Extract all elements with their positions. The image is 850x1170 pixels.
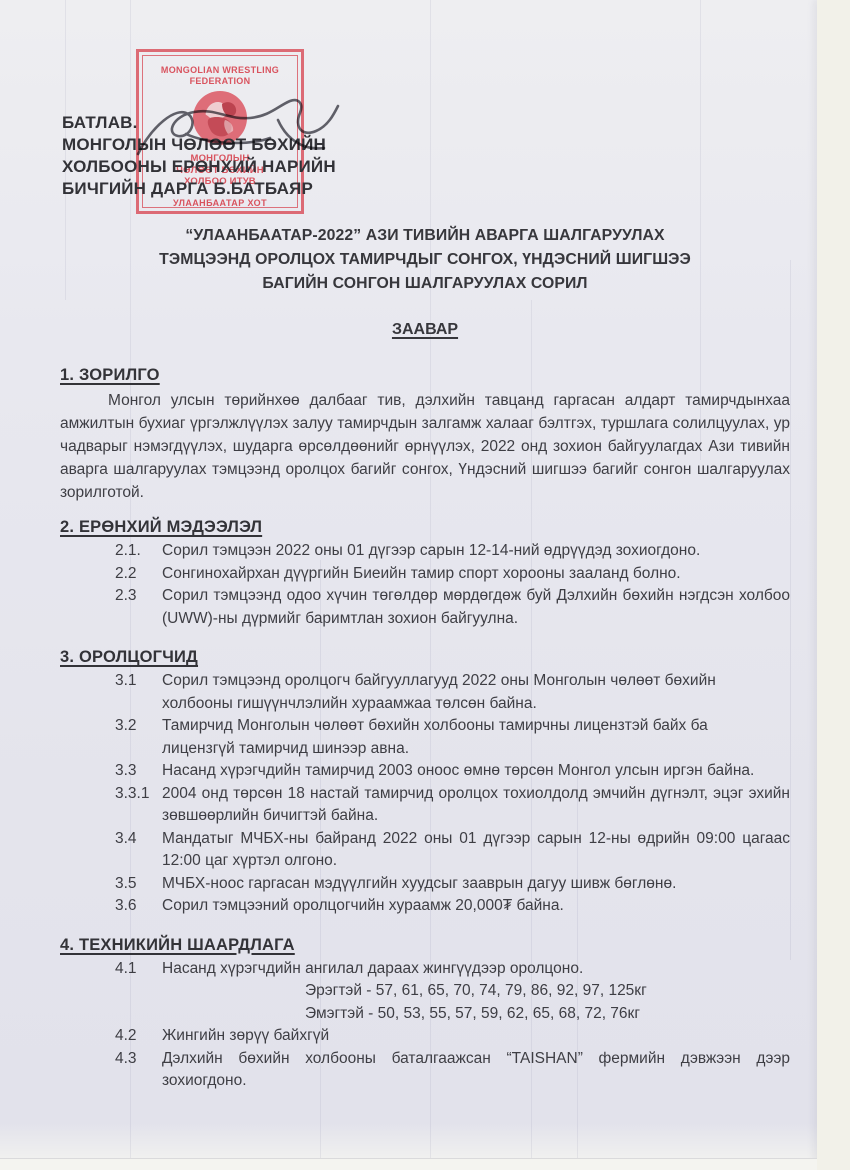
item-text: Сорил тэмцээнд оролцогч байгууллагууд 20… <box>162 670 744 715</box>
item-text: Мандатыг МЧБХ-ны байранд 2022 оны 01 дүг… <box>162 830 790 870</box>
list-item: 2.3 Сорил тэмцээнд одоо хүчин төгөлдөр м… <box>60 585 790 630</box>
subtitle-text: ЗААВАР <box>392 321 458 338</box>
item-number: 4.2 <box>115 1025 137 1048</box>
title-line1: “УЛААНБААТАР-2022” АЗИ ТИВИЙН АВАРГА ШАЛ… <box>60 224 790 248</box>
item-number: 3.1 <box>115 670 137 693</box>
section2-items: 2.1. Сорил тэмцээн 2022 оны 01 дүгээр са… <box>60 540 790 630</box>
weight-classes-men: Эрэгтэй - 57, 61, 65, 70, 74, 79, 86, 92… <box>305 980 790 1003</box>
list-item: 3.3 Насанд хүрэгчдийн тамирчид 2003 оноо… <box>60 760 790 783</box>
section1-paragraph: Монгол улсын төрийнхөө далбааг тив, дэлх… <box>60 389 790 504</box>
list-item: 2.2 Сонгинохайрхан дүүргийн Биеийн тамир… <box>60 563 790 586</box>
item-text: Насанд хүрэгчдийн ангилал дараах жингүүд… <box>162 960 583 977</box>
item-text: Насанд хүрэгчдийн тамирчид 2003 оноос өм… <box>162 762 754 779</box>
stamp-eng-line1: MONGOLIAN WRESTLING <box>161 65 279 76</box>
item-text: Тамирчид Монголын чөлөөт бөхийн холбооны… <box>162 715 744 760</box>
item-text: Сонгинохайрхан дүүргийн Биеийн тамир спо… <box>162 565 681 582</box>
section1-heading-text: 1. ЗОРИЛГО <box>60 366 160 384</box>
section3-items: 3.1 Сорил тэмцээнд оролцогч байгууллагуу… <box>60 670 790 918</box>
item-number: 2.3 <box>115 585 137 608</box>
document-body: “УЛААНБААТАР-2022” АЗИ ТИВИЙН АВАРГА ШАЛ… <box>60 224 790 1093</box>
list-item: 3.4 Мандатыг МЧБХ-ны байранд 2022 оны 01… <box>60 828 790 873</box>
signature-scribble <box>128 88 348 178</box>
scan-streak <box>790 260 791 960</box>
section4-heading-text: 4. ТЕХНИКИЙН ШААРДЛАГА <box>60 936 295 954</box>
item-text: МЧБХ-ноос гаргасан мэдүүлгийн хуудсыг за… <box>162 875 676 892</box>
title-line3: БАГИЙН СОНГОН ШАЛГАРУУЛАХ СОРИЛ <box>60 272 790 296</box>
item-text: 2004 онд төрсөн 18 настай тамирчид оролц… <box>162 785 790 825</box>
list-item: 4.2 Жингийн зөрүү байхгүй <box>60 1025 790 1048</box>
weight-classes-women: Эмэгтэй - 50, 53, 55, 57, 59, 62, 65, 68… <box>305 1003 790 1026</box>
document-subtitle: ЗААВАР <box>60 321 790 339</box>
section1-heading: 1. ЗОРИЛГО <box>60 366 790 385</box>
item-number: 4.3 <box>115 1048 137 1071</box>
section4-heading: 4. ТЕХНИКИЙН ШААРДЛАГА <box>60 936 790 955</box>
item-number: 2.1. <box>115 540 141 563</box>
list-item: 4.3 Дэлхийн бөхийн холбооны баталгаажсан… <box>60 1048 790 1093</box>
list-item: 3.5 МЧБХ-ноос гаргасан мэдүүлгийн хуудсы… <box>60 873 790 896</box>
item-text: Сорил тэмцээний оролцогчийн хураамж 20,0… <box>162 897 564 914</box>
item-number: 3.3.1 <box>115 783 149 806</box>
list-item: 3.6 Сорил тэмцээний оролцогчийн хураамж … <box>60 895 790 918</box>
item-number: 2.2 <box>115 563 137 586</box>
section2-heading-text: 2. ЕРӨНХИЙ МЭДЭЭЛЭЛ <box>60 518 262 536</box>
section4-items: 4.1 Насанд хүрэгчдийн ангилал дараах жин… <box>60 958 790 1093</box>
approval-line-name: БИЧГИЙН ДАРГА Б.БАТБАЯР <box>62 178 336 200</box>
section3-heading: 3. ОРОЛЦОГЧИД <box>60 648 790 667</box>
scan-edge-bottom <box>0 1158 817 1170</box>
stamp-eng-line2: FEDERATION <box>161 76 279 87</box>
scan-edge-right <box>817 0 850 1170</box>
section2-heading: 2. ЕРӨНХИЙ МЭДЭЭЛЭЛ <box>60 518 790 537</box>
item-text: Жингийн зөрүү байхгүй <box>162 1027 329 1044</box>
item-text: Сорил тэмцээн 2022 оны 01 дүгээр сарын 1… <box>162 542 700 559</box>
list-item: 2.1. Сорил тэмцээн 2022 оны 01 дүгээр са… <box>60 540 790 563</box>
item-number: 3.2 <box>115 715 137 738</box>
item-number: 4.1 <box>115 958 137 981</box>
item-text: Дэлхийн бөхийн холбооны баталгаажсан “TA… <box>162 1050 790 1090</box>
item-number: 3.4 <box>115 828 137 851</box>
stamp-english-text: MONGOLIAN WRESTLING FEDERATION <box>161 65 279 86</box>
document-title: “УЛААНБААТАР-2022” АЗИ ТИВИЙН АВАРГА ШАЛ… <box>60 224 790 296</box>
list-item: 4.1 Насанд хүрэгчдийн ангилал дараах жин… <box>60 958 790 981</box>
item-number: 3.3 <box>115 760 137 783</box>
section3-heading-text: 3. ОРОЛЦОГЧИД <box>60 648 198 666</box>
list-item: 3.2 Тамирчид Монголын чөлөөт бөхийн холб… <box>60 715 750 760</box>
item-number: 3.6 <box>115 895 137 918</box>
list-item: 3.1 Сорил тэмцээнд оролцогч байгууллагуу… <box>60 670 750 715</box>
scanned-document-page: MONGOLIAN WRESTLING FEDERATION МОНГОЛЫН … <box>0 0 850 1170</box>
item-number: 3.5 <box>115 873 137 896</box>
list-item: 3.3.1 2004 онд төрсөн 18 настай тамирчид… <box>60 783 790 828</box>
title-line2: ТЭМЦЭЭНД ОРОЛЦОХ ТАМИРЧДЫГ СОНГОХ, ҮНДЭС… <box>60 248 790 272</box>
item-text: Сорил тэмцээнд одоо хүчин төгөлдөр мөрдө… <box>162 587 790 627</box>
